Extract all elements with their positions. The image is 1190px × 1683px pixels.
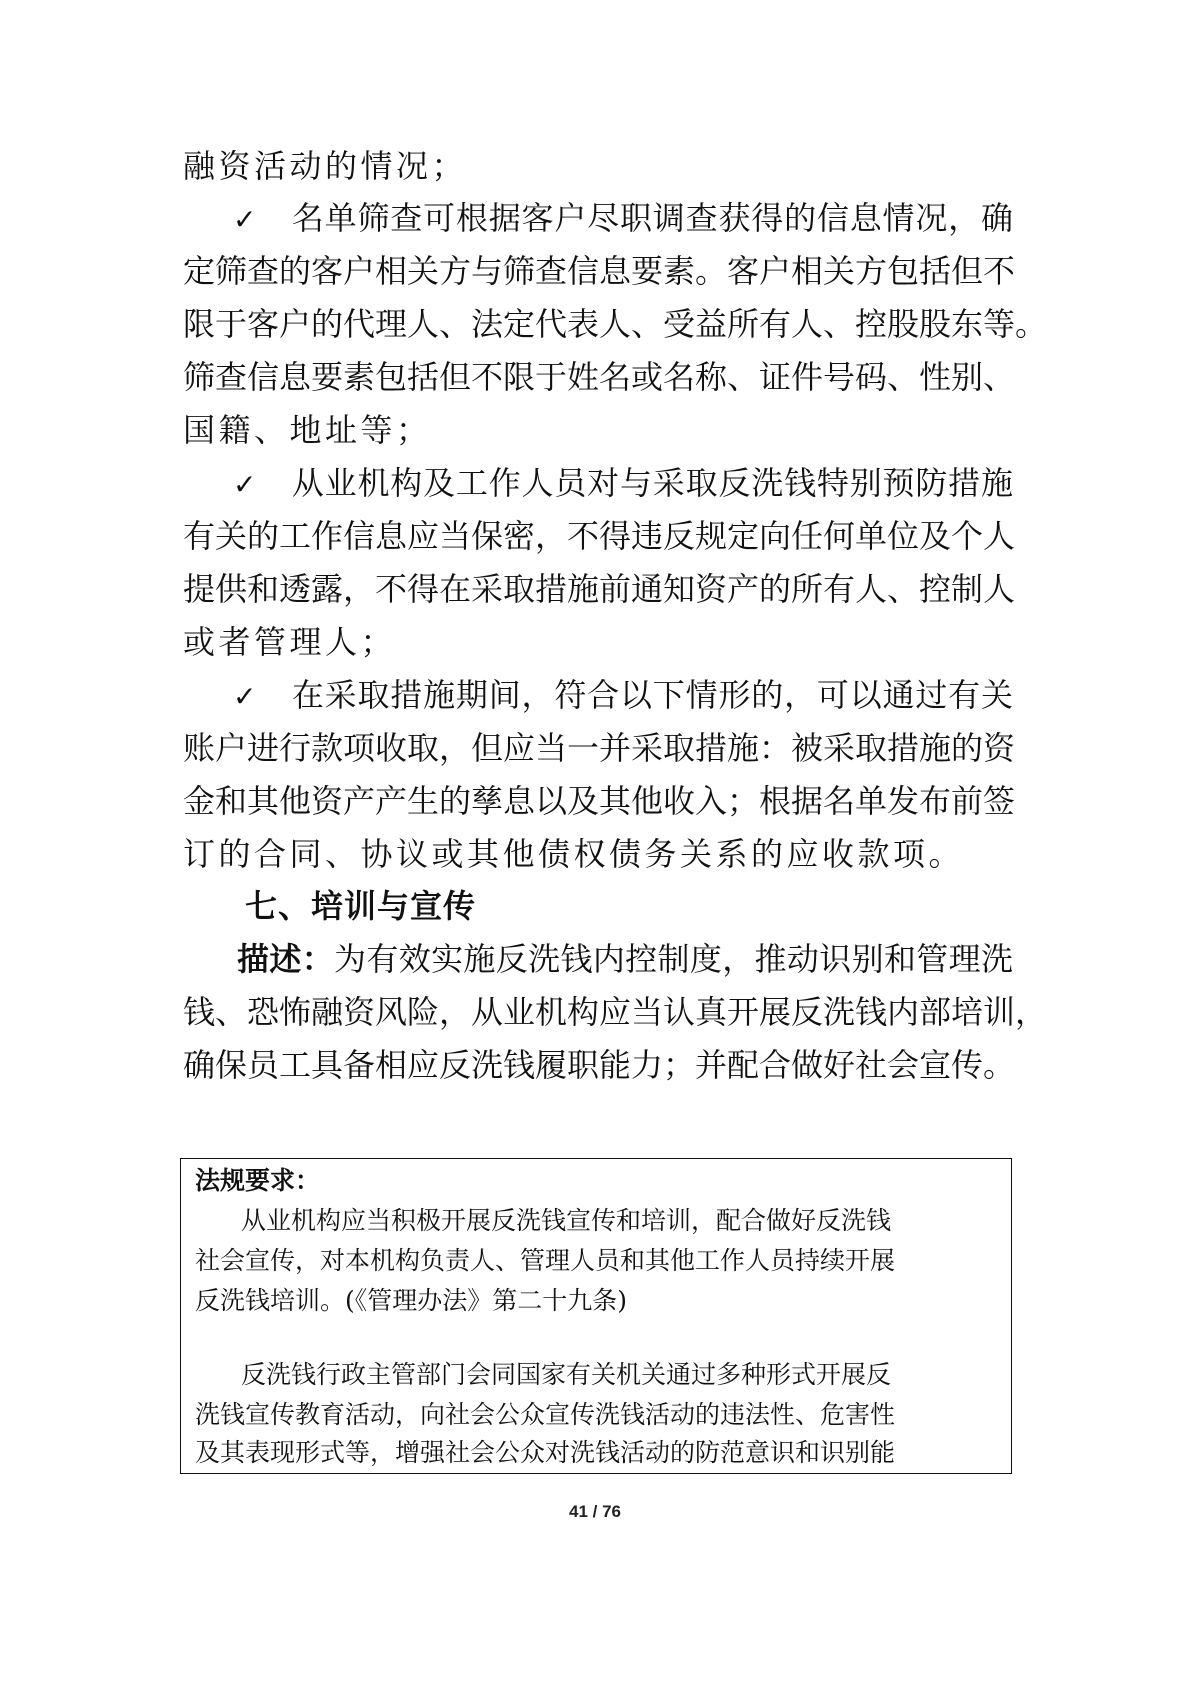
section-heading: 七、培训与宣传 bbox=[245, 878, 476, 934]
regulation-box-title: 法规要求： bbox=[195, 1161, 985, 1201]
checkmark-icon: ✓ bbox=[233, 192, 291, 248]
bullet-1-line-2: 定筛查的客户相关方与筛查信息要素。客户相关方包括但不 bbox=[183, 243, 1013, 299]
bullet-1-line-5: 国籍、地址等； bbox=[183, 402, 1013, 458]
bullet-2-line-1: ✓从业机构及工作人员对与采取反洗钱特别预防措施 bbox=[183, 455, 1013, 513]
page-indicator: 41 / 76 bbox=[0, 1502, 1190, 1522]
regulation-para-2-line-1: 反洗钱行政主管部门会同国家有关机关通过多种形式开展反 bbox=[195, 1355, 985, 1395]
regulation-para-1-line-1: 从业机构应当积极开展反洗钱宣传和培训，配合做好反洗钱 bbox=[195, 1201, 985, 1241]
bullet-2-line-2: 有关的工作信息应当保密，不得违反规定向任何单位及个人 bbox=[183, 508, 1013, 564]
description-line-2: 钱、恐怖融资风险，从业机构应当认真开展反洗钱内部培训， bbox=[183, 984, 1013, 1040]
regulation-box: 法规要求： 从业机构应当积极开展反洗钱宣传和培训，配合做好反洗钱 社会宣传，对本… bbox=[180, 1158, 1012, 1474]
checkmark-icon: ✓ bbox=[233, 669, 291, 725]
bullet-3-line-3: 金和其他资产产生的孳息以及其他收入；根据名单发布前签 bbox=[183, 773, 1013, 829]
paragraph-intro-tail: 融资活动的情况； bbox=[183, 138, 1013, 194]
document-page: 融资活动的情况； ✓名单筛查可根据客户尽职调查获得的信息情况，确 定筛查的客户相… bbox=[0, 0, 1190, 1683]
regulation-para-2-line-2: 洗钱宣传教育活动，向社会公众宣传洗钱活动的违法性、危害性 bbox=[195, 1395, 985, 1435]
bullet-3-line-2: 账户进行款项收取，但应当一并采取措施：被采取措施的资 bbox=[183, 720, 1013, 776]
description-line-3: 确保员工具备相应反洗钱履职能力；并配合做好社会宣传。 bbox=[183, 1037, 1013, 1093]
description-line-1: 描述：为有效实施反洗钱内控制度，推动识别和管理洗 bbox=[183, 931, 1013, 987]
bullet-1-line-1: ✓名单筛查可根据客户尽职调查获得的信息情况，确 bbox=[183, 190, 1013, 248]
bullet-text: 在采取措施期间，符合以下情形的，可以通过有关 bbox=[291, 676, 1013, 714]
bullet-1-line-4: 筛查信息要素包括但不限于姓名或名称、证件号码、性别、 bbox=[183, 349, 1013, 405]
bullet-1-line-3: 限于客户的代理人、法定代表人、受益所有人、控股股东等。 bbox=[183, 296, 1013, 352]
bullet-2-line-4: 或者管理人； bbox=[183, 614, 1013, 670]
regulation-para-2-line-3: 及其表现形式等，增强社会公众对洗钱活动的防范意识和识别能 bbox=[195, 1433, 985, 1473]
bullet-text: 从业机构及工作人员对与采取反洗钱特别预防措施 bbox=[291, 464, 1013, 502]
description-label: 描述： bbox=[237, 940, 334, 978]
bullet-3-line-1: ✓在采取措施期间，符合以下情形的，可以通过有关 bbox=[183, 667, 1013, 725]
bullet-2-line-3: 提供和透露，不得在采取措施前通知资产的所有人、控制人 bbox=[183, 561, 1013, 617]
regulation-para-1-line-3: 反洗钱培训。(《管理办法》第二十九条) bbox=[195, 1281, 985, 1321]
regulation-para-1-line-2: 社会宣传，对本机构负责人、管理人员和其他工作人员持续开展 bbox=[195, 1241, 985, 1281]
description-text: 为有效实施反洗钱内控制度，推动识别和管理洗 bbox=[334, 940, 1013, 978]
checkmark-icon: ✓ bbox=[233, 457, 291, 513]
bullet-text: 名单筛查可根据客户尽职调查获得的信息情况，确 bbox=[291, 199, 1013, 237]
bullet-3-line-4: 订的合同、协议或其他债权债务关系的应收款项。 bbox=[183, 826, 1013, 882]
